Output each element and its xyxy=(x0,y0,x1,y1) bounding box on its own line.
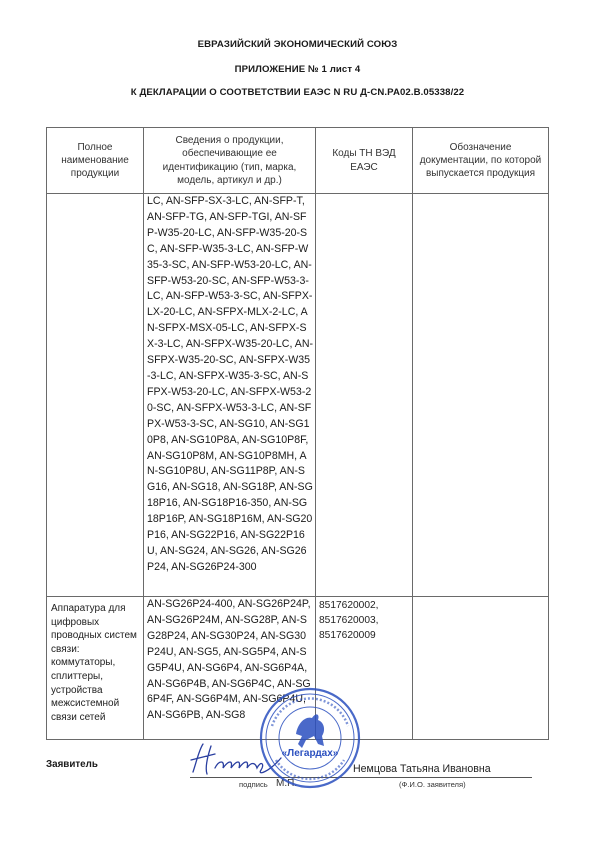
union-title: ЕВРАЗИЙСКИЙ ЭКОНОМИЧЕСКИЙ СОЮЗ xyxy=(0,39,595,50)
column-header-name: Полное наименование продукции xyxy=(47,128,144,194)
product-models-cell: LC, AN-SFP-SX-3-LC, AN-SFP-T, AN-SFP-TG,… xyxy=(144,194,316,597)
product-docs-cell xyxy=(413,597,549,740)
name-caption: (Ф.И.О. заявителя) xyxy=(399,780,466,789)
column-header-documentation: Обозначение документации, по которой вып… xyxy=(413,128,549,194)
appendix-title: ПРИЛОЖЕНИЕ № 1 лист 4 xyxy=(0,64,595,75)
applicant-label: Заявитель xyxy=(46,759,98,770)
company-stamp-icon: «Легардах» xyxy=(258,686,362,790)
product-docs-cell xyxy=(413,194,549,597)
applicant-name: Немцова Татьяна Ивановна xyxy=(353,763,491,775)
product-codes-cell xyxy=(316,194,413,597)
table-row: LC, AN-SFP-SX-3-LC, AN-SFP-T, AN-SFP-TG,… xyxy=(47,194,549,597)
column-header-identification: Сведения о продукции, обеспечивающие ее … xyxy=(144,128,316,194)
table-header-row: Полное наименование продукции Сведения о… xyxy=(47,128,549,194)
product-name-cell xyxy=(47,194,144,597)
declaration-title: К ДЕКЛАРАЦИИ О СООТВЕТСТВИИ ЕАЭС N RU Д-… xyxy=(0,87,595,98)
column-header-codes: Коды ТН ВЭД ЕАЭС xyxy=(316,128,413,194)
stamp-text: «Легардах» xyxy=(282,748,339,759)
products-table: Полное наименование продукции Сведения о… xyxy=(46,127,549,740)
product-name-cell: Аппаратура для цифровых проводных систем… xyxy=(47,597,144,740)
